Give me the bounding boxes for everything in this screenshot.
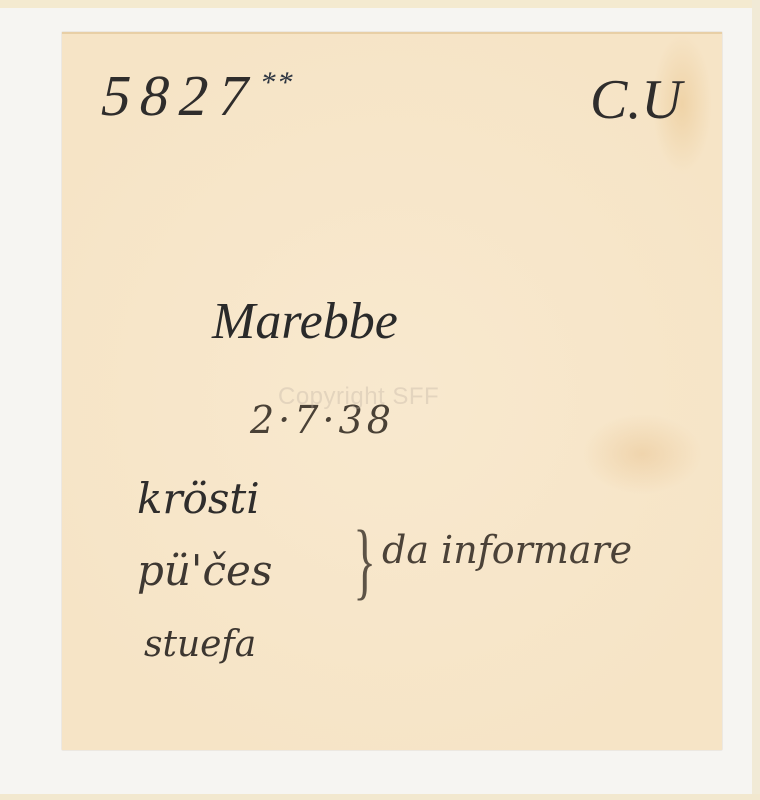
scanner-top-edge [0,0,760,8]
copyright-watermark: Copyright SFF [278,383,439,411]
corner-code: C.U [590,68,682,132]
scanner-right-edge [752,0,760,800]
word-line-1: krösti [137,474,260,523]
scanner-bottom-edge [0,794,760,800]
grouping-brace: } [353,510,376,610]
catalog-number-digits: 5827 [95,63,265,128]
word-line-2: pü'čes [137,546,272,595]
annotation-note: da informare [382,528,632,572]
word-line-3: stuefa [144,624,256,665]
catalog-number-stars: ** [257,66,298,99]
place-name: Marebbe [212,292,398,351]
catalog-number: 5827** [95,62,299,129]
